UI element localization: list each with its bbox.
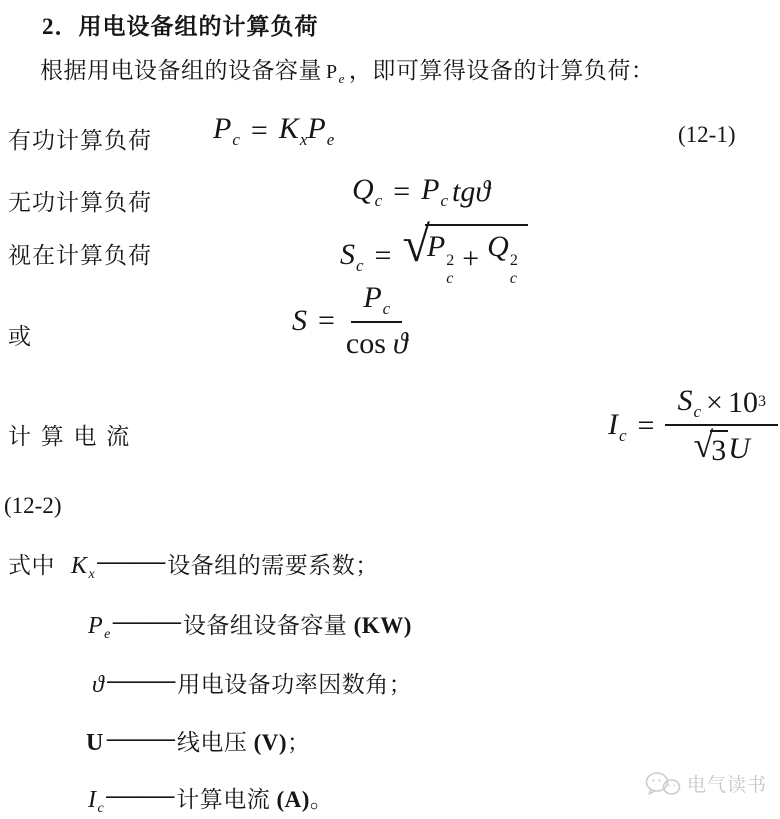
var-letter: P — [307, 112, 325, 145]
var-subscript: c — [232, 130, 240, 149]
where-lead: 式中 — [8, 553, 55, 578]
var-letter: K — [279, 112, 299, 145]
var-Pe-inline: Pe — [326, 61, 345, 85]
var-subscript: c — [446, 270, 453, 288]
formula-label-current: 计 算 电 流 — [8, 418, 131, 451]
var-Ic: Ic — [88, 787, 104, 813]
var-subscript: c — [356, 256, 364, 275]
var-letter: U — [86, 730, 104, 756]
var-letter: I — [88, 787, 97, 813]
sub-sup-stack: 2c — [510, 252, 518, 287]
var-subscript: e — [104, 627, 111, 642]
equals-sign: = — [251, 114, 268, 147]
var-Qc-squared: Q2c — [487, 230, 518, 287]
var-subscript: c — [619, 426, 627, 445]
var-U: U — [86, 730, 105, 756]
var-Ic: Ic — [608, 408, 627, 444]
document-page: 2．用电设备组的计算负荷 根据用电设备组的设备容量Pe，即可算得设备的计算负荷：… — [0, 0, 780, 819]
var-Qc: Qc — [352, 173, 382, 209]
square-root: √ P2c + Q2c — [402, 224, 527, 287]
where-item-Ic: Ic——计算电流 (A)。 — [88, 781, 333, 817]
fraction-denominator: √3 U — [693, 426, 749, 467]
var-letter: S — [340, 238, 355, 271]
multiplication-sign: × — [706, 386, 723, 419]
formula-reactive-power: Qc = Pc tg ϑ — [352, 173, 490, 209]
cosine-function: cos — [346, 327, 386, 360]
intro-paragraph: 根据用电设备组的设备容量Pe，即可算得设备的计算负荷： — [40, 52, 654, 85]
var-letter: P — [427, 230, 445, 263]
where-text: 设备组设备容量 — [183, 613, 354, 638]
var-letter: P — [363, 281, 381, 314]
var-letter: Q — [352, 173, 374, 206]
wechat-icon — [645, 771, 681, 797]
equation-number-12-1: (12-1) — [678, 122, 735, 148]
fraction: Pc cosϑ — [346, 281, 408, 360]
var-subscript: c — [383, 299, 391, 318]
em-dash: —— — [107, 661, 175, 698]
formula-apparent-alt: S = Pc cosϑ — [292, 281, 408, 360]
where-tail: 。 — [310, 787, 334, 812]
equals-sign: = — [375, 239, 392, 272]
var-letter: I — [608, 408, 618, 441]
var-Kx: Kx — [71, 553, 95, 579]
tangent-function: tg — [452, 175, 475, 208]
equation-number-12-2: (12-2) — [4, 493, 61, 519]
where-text: 设备组的需要系数； — [167, 553, 379, 578]
section-heading: 2．用电设备组的计算负荷 — [42, 8, 319, 41]
var-subscript: c — [510, 270, 517, 288]
var-subscript: e — [327, 130, 335, 149]
where-item-Pe: Pe——设备组设备容量 (KW) — [88, 607, 412, 643]
theta-symbol: ϑ — [92, 672, 105, 698]
where-unit: (V) — [254, 730, 287, 755]
var-letter: P — [213, 112, 231, 145]
var-subscript: x — [89, 567, 96, 582]
theta-symbol: ϑ — [393, 327, 408, 360]
var-Pc: Pc — [363, 281, 390, 317]
var-superscript: 2 — [510, 252, 518, 270]
var-S: S — [292, 304, 307, 337]
var-Pe: Pe — [88, 613, 111, 639]
formula-label-apparent: 视在计算负荷 — [8, 237, 152, 270]
plus-sign: + — [462, 242, 479, 275]
fraction: Sc × 103 √3 U — [665, 384, 777, 467]
var-subscript: e — [339, 71, 345, 86]
em-dash: —— — [107, 719, 175, 756]
sub-sup-stack: 2c — [446, 252, 454, 287]
where-text: 计算电流 — [176, 787, 276, 812]
var-Pc: Pc — [421, 173, 448, 209]
var-Kx: Kx — [279, 112, 308, 148]
formula-active-power: Pc = Kx Pe — [213, 112, 334, 148]
equals-sign: = — [638, 409, 655, 442]
intro-text-pre: 根据用电设备组的设备容量 — [40, 58, 322, 83]
radicand: 3 — [710, 430, 728, 467]
em-dash: —— — [97, 542, 165, 579]
fraction-denominator: cosϑ — [346, 323, 408, 360]
where-unit: (KW) — [354, 613, 412, 638]
formula-apparent-power: Sc = √ P2c + Q2c — [340, 224, 528, 287]
fraction-numerator: Sc × 103 — [665, 384, 777, 426]
where-item-theta: ϑ——用电设备功率因数角； — [92, 666, 412, 702]
where-item-U: U——线电压 (V)； — [86, 724, 311, 760]
var-letter: K — [71, 553, 88, 579]
var-Pe: Pe — [307, 112, 334, 148]
var-Sc: Sc — [340, 238, 364, 274]
em-dash: —— — [106, 776, 174, 813]
where-text: 用电设备功率因数角； — [177, 672, 412, 697]
var-subscript: c — [98, 801, 105, 816]
var-letter: P — [421, 173, 439, 206]
var-subscript: c — [375, 191, 383, 210]
formula-label-active: 有功计算负荷 — [8, 122, 152, 155]
var-letter: Q — [487, 230, 509, 263]
watermark-label: 电气读书 — [687, 770, 767, 797]
var-superscript: 2 — [446, 252, 454, 270]
formula-label-reactive: 无功计算负荷 — [8, 184, 152, 217]
exponent-three: 3 — [758, 394, 766, 410]
where-tail: ； — [287, 730, 311, 755]
var-letter: ϑ — [92, 672, 104, 698]
var-subscript: c — [440, 191, 448, 210]
where-unit: (A) — [276, 787, 309, 812]
var-Sc: Sc — [677, 384, 701, 420]
intro-text-post: ，即可算得设备的计算负荷： — [349, 58, 655, 83]
var-letter: P — [326, 61, 338, 83]
em-dash: —— — [113, 602, 181, 639]
theta-symbol: ϑ — [475, 175, 490, 208]
var-subscript: c — [693, 402, 701, 421]
formula-label-or: 或 — [8, 318, 32, 351]
where-item-Kx: 式中Kx——设备组的需要系数； — [8, 547, 379, 583]
number-ten: 10 — [728, 386, 758, 419]
fraction-numerator: Pc — [351, 281, 402, 323]
watermark: 电气读书 — [645, 770, 767, 797]
var-letter: P — [88, 613, 103, 639]
radicand: P2c + Q2c — [425, 224, 528, 287]
var-letter: S — [677, 384, 692, 417]
var-Pc: Pc — [213, 112, 240, 148]
var-Pc-squared: P2c — [427, 230, 454, 287]
equals-sign: = — [318, 304, 335, 337]
var-U: U — [728, 432, 750, 465]
where-text: 线电压 — [177, 730, 254, 755]
equals-sign: = — [393, 175, 410, 208]
square-root-three: √3 — [693, 430, 728, 467]
formula-calculated-current: Ic = Sc × 103 √3 U — [608, 384, 778, 467]
